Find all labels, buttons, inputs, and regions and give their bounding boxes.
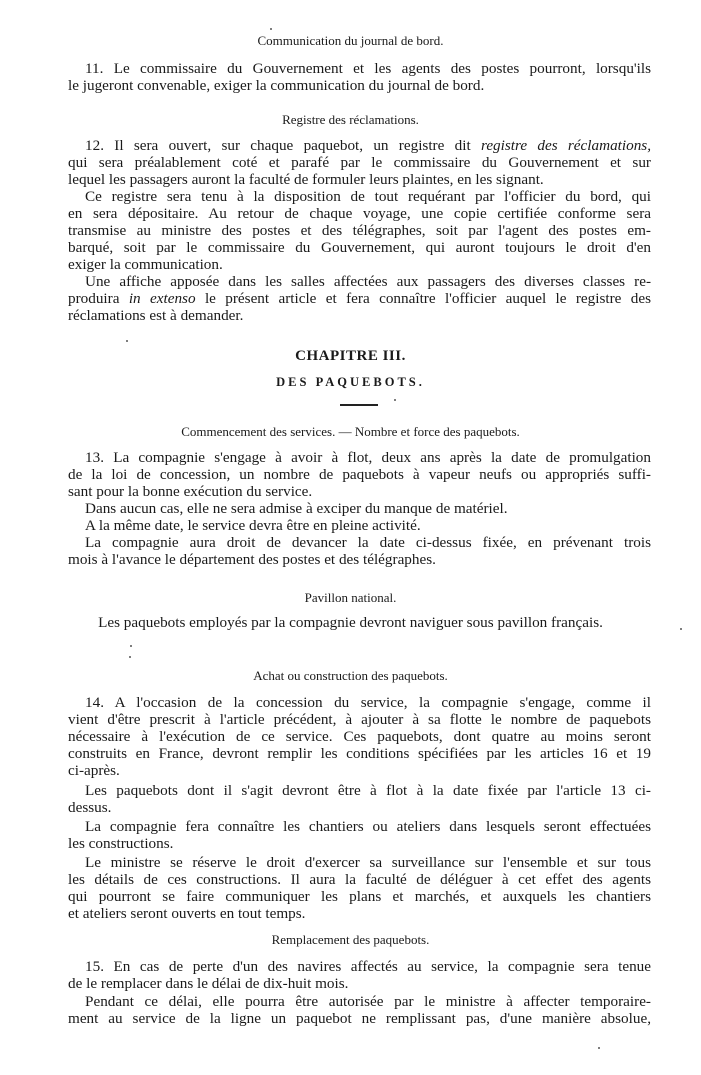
scan-speck <box>126 340 128 342</box>
paragraph-line: Les paquebots dont il s'agit devront êtr… <box>85 782 651 800</box>
document-page: Communication du journal de bord. 11. Le… <box>0 0 701 1075</box>
scan-speck <box>680 628 682 630</box>
paragraph-line: construits en France, devront remplir le… <box>68 745 651 763</box>
paragraph-text: produira <box>68 290 119 307</box>
paragraph-line: La compagnie aura droit de devancer la d… <box>85 534 651 552</box>
paragraph-line: ci-après. <box>68 762 651 780</box>
section-heading-registre: Registre des réclamations. <box>0 112 701 128</box>
paragraph-line: les constructions. <box>68 835 651 853</box>
paragraph-line: Les paquebots employés par la compagnie … <box>0 614 701 632</box>
scan-speck <box>598 1047 600 1049</box>
section-heading-commencement: Commencement des services. — Nombre et f… <box>0 424 701 440</box>
paragraph-text: le présent article et fera connaître l'o… <box>205 290 651 307</box>
paragraph-text: 12. Il sera ouvert, sur chaque paquebot,… <box>85 137 471 154</box>
scan-speck <box>129 656 131 658</box>
paragraph-italic-term: registre des réclamations, <box>481 137 651 154</box>
section-heading-journal: Communication du journal de bord. <box>0 33 701 49</box>
paragraph-line: qui pourront se faire communiquer les pl… <box>68 888 651 906</box>
paragraph-line: les détails de ces constructions. Il aur… <box>68 871 651 889</box>
paragraph-line: lequel les passagers auront la faculté d… <box>68 171 651 189</box>
paragraph-line: nécessaire à l'exécution de ce service. … <box>68 728 651 746</box>
paragraph-line: Le ministre se réserve le droit d'exerce… <box>85 854 651 872</box>
paragraph-line: 13. La compagnie s'engage à avoir à flot… <box>85 449 651 467</box>
paragraph-line: Une affiche apposée dans les salles affe… <box>85 273 651 291</box>
paragraph-line: en sera dépositaire. Au retour de chaque… <box>68 205 651 223</box>
paragraph-line: qui sera préalablement coté et parafé pa… <box>68 154 651 172</box>
paragraph-line: et ateliers seront ouverts en tout temps… <box>68 905 651 923</box>
paragraph-line: mois à l'avance le département des poste… <box>68 551 651 569</box>
scan-speck <box>394 399 396 401</box>
paragraph-line: exiger la communication. <box>68 256 651 274</box>
chapter-subtitle: DES PAQUEBOTS. <box>0 374 701 390</box>
paragraph-line: barqué, soit par le commissaire du Gouve… <box>68 239 651 257</box>
paragraph-line: de la loi de concession, un nombre de pa… <box>68 466 651 484</box>
paragraph-line: transmise au ministre des postes et des … <box>68 222 651 240</box>
paragraph-line: dessus. <box>68 799 651 817</box>
paragraph-line: 15. En cas de perte d'un des navires aff… <box>85 958 651 976</box>
paragraph-line: vient d'être prescrit à l'article précéd… <box>68 711 651 729</box>
paragraph-line: La compagnie fera connaître les chantier… <box>85 818 651 836</box>
paragraph-line: produira in extenso le présent article e… <box>68 290 651 308</box>
paragraph-line: le jugeront convenable, exiger la commun… <box>68 77 651 95</box>
paragraph-line: sant pour la bonne exécution du service. <box>68 483 651 501</box>
paragraph-line: Pendant ce délai, elle pourra être autor… <box>85 993 651 1011</box>
paragraph-line: de le remplacer dans le délai de dix-hui… <box>68 975 651 993</box>
section-heading-remplacement: Remplacement des paquebots. <box>0 932 701 948</box>
scan-speck <box>270 28 272 30</box>
scan-speck <box>130 645 132 647</box>
paragraph-line: Ce registre sera tenu à la disposition d… <box>85 188 651 206</box>
paragraph-line: Dans aucun cas, elle ne sera admise à ex… <box>85 500 651 518</box>
chapter-title: CHAPITRE III. <box>0 348 701 364</box>
chapter-divider <box>340 404 378 406</box>
paragraph-line: 11. Le commissaire du Gouvernement et le… <box>85 60 651 78</box>
paragraph-line: ment au service de la ligne un paquebot … <box>68 1010 651 1028</box>
paragraph-line: A la même date, le service devra être en… <box>85 517 651 535</box>
paragraph-italic-term: in extenso <box>129 290 196 307</box>
section-heading-pavillon: Pavillon national. <box>0 590 701 606</box>
paragraph-line: 12. Il sera ouvert, sur chaque paquebot,… <box>85 137 651 155</box>
paragraph-line: 14. A l'occasion de la concession du ser… <box>85 694 651 712</box>
paragraph-line: réclamations est à demander. <box>68 307 651 325</box>
section-heading-achat: Achat ou construction des paquebots. <box>0 668 701 684</box>
